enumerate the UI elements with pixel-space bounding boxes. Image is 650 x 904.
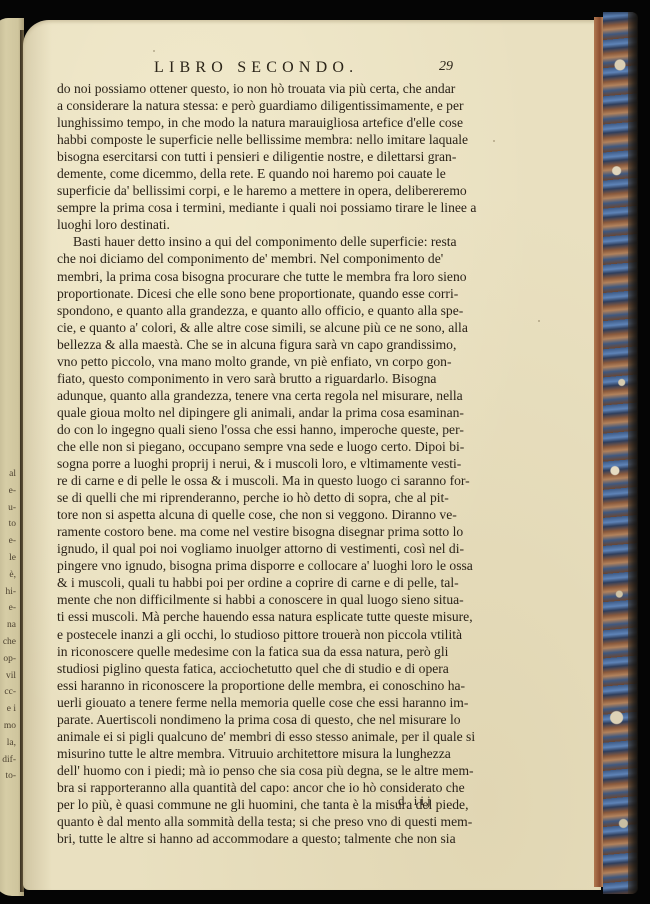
page-number: 29 xyxy=(439,59,453,75)
signature-mark: d iij xyxy=(398,793,434,809)
fragment: che xyxy=(0,634,16,651)
text-line: ignudo, il qual poi noi vogliamo inuolge… xyxy=(57,540,430,557)
text-line: superficie da' bellissimi corpi, e le ha… xyxy=(57,182,430,199)
text-line: proportionate. Dicesi che elle sono bene… xyxy=(57,285,430,302)
text-line: in riconoscere quelle medesime con la fa… xyxy=(57,643,430,660)
text-line: bellezza & alla maestà. Che se in alcuna… xyxy=(57,336,430,353)
fragment: è, xyxy=(0,567,16,584)
text-line: bisogna esercitarsi con tutti i pensieri… xyxy=(57,148,430,165)
text-line: re di carne e di pelle le ossa & i musco… xyxy=(57,472,430,489)
text-line: & i muscoli, quali tu habbi poi per ordi… xyxy=(57,574,430,591)
paragraph-1: do noi possiamo ottener questo, io non h… xyxy=(57,80,430,233)
paper-speck xyxy=(493,140,495,142)
paper-speck xyxy=(153,50,155,52)
text-line: ramente costoro bene. ma come nel vestir… xyxy=(57,523,430,540)
fragment: u- xyxy=(0,500,16,517)
text-line: bri, tutte le altre si hanno ad accommod… xyxy=(57,830,430,847)
paper-speck xyxy=(538,320,540,322)
fragment: vil xyxy=(0,668,16,685)
fragment: la, xyxy=(0,735,16,752)
text-line: do con lo ingegno quali sieno l'ossa che… xyxy=(57,421,430,438)
text-line: uerli giouato a tenere ferme nella memor… xyxy=(57,694,430,711)
text-line: pingere vno ignudo, bisogna prima dispor… xyxy=(57,557,430,574)
text-line: per lo più, è quasi commune ne gli huomi… xyxy=(57,796,430,813)
text-line: animale ei si pigli qualcuno de' membri … xyxy=(57,728,430,745)
text-line: do noi possiamo ottener questo, io non h… xyxy=(57,80,430,97)
text-line: spondono, e quanto alla grandezza, e qua… xyxy=(57,302,430,319)
fragment: dif- xyxy=(0,752,16,769)
text-line: che noi diciamo del componimento de' mem… xyxy=(57,250,430,267)
text-line: a considerare la natura stessa: e però g… xyxy=(57,97,430,114)
fragment: al xyxy=(0,466,16,483)
text-line: sogna porre a luoghi proprij i nerui, & … xyxy=(57,455,430,472)
text-line: vno petto piccolo, vna mano molto grande… xyxy=(57,353,430,370)
fragment: e i xyxy=(0,701,16,718)
text-line: mente che non difficilmente si habbi a c… xyxy=(57,591,430,608)
text-line: se di quelli che mi riprenderanno, perch… xyxy=(57,489,430,506)
text-line: luoghi loro destinati. xyxy=(57,216,430,233)
fragment: to- xyxy=(0,768,16,785)
text-line: che elle non si piegano, occupano sempre… xyxy=(57,438,430,455)
body-text: do noi possiamo ottener questo, io non h… xyxy=(57,80,430,847)
book-scan: al e- u- to e- le è, hi- e- na che op- v… xyxy=(0,0,650,904)
fragment: mo xyxy=(0,718,16,735)
text-line: Basti hauer detto insino a qui del compo… xyxy=(57,233,430,250)
text-line: ti essi muscoli. Mà perche hauendo essa … xyxy=(57,608,430,625)
running-head-title: LIBRO SECONDO. xyxy=(154,59,358,77)
text-line: lunghissimo tempo, in che modo la natura… xyxy=(57,114,430,131)
text-line: parate. Auertiscoli nondimeno la prima c… xyxy=(57,711,430,728)
fragment: cc- xyxy=(0,684,16,701)
fragment: e- xyxy=(0,483,16,500)
text-line: bra si rapporteranno alla quantità del c… xyxy=(57,779,430,796)
fragment: e- xyxy=(0,533,16,550)
fragment: e- xyxy=(0,600,16,617)
running-head: LIBRO SECONDO. 29 xyxy=(154,59,574,81)
fragment: le xyxy=(0,550,16,567)
fragment: to xyxy=(0,516,16,533)
fragment: hi- xyxy=(0,584,16,601)
text-line: quanto è dal mento alla sommità della te… xyxy=(57,813,430,830)
facing-page-text-fragments: al e- u- to e- le è, hi- e- na che op- v… xyxy=(0,466,18,785)
cover-rim xyxy=(628,12,638,894)
text-line: adunque, quanto alla grandezza, tenere v… xyxy=(57,387,430,404)
fragment: na xyxy=(0,617,16,634)
text-line: studiosi piglino questa fatica, accioche… xyxy=(57,660,430,677)
text-line: dell' huomo con i piedi; mà io penso che… xyxy=(57,762,430,779)
text-line: tore non si aspetta alcuna di quelle cos… xyxy=(57,506,430,523)
paragraph-2: Basti hauer detto insino a qui del compo… xyxy=(57,233,430,847)
text-line: misurino tutte le altre membra. Vitruuio… xyxy=(57,745,430,762)
text-line: demente, come dicemmo, della rete. E qua… xyxy=(57,165,430,182)
text-line: sempre la prima cosa i termini, mediante… xyxy=(57,199,430,216)
text-line: habbi composte le superficie nelle belli… xyxy=(57,131,430,148)
text-line: e postecele inanzi a gli occhi, lo studi… xyxy=(57,626,430,643)
text-line: fiato, questo componimento in vero sarà … xyxy=(57,370,430,387)
text-line: essi haranno in riconoscere la proportio… xyxy=(57,677,430,694)
text-line: membri, la prima cosa bisogna procurare … xyxy=(57,268,430,285)
text-line: cie, e quanto a' colori, & alle altre co… xyxy=(57,319,430,336)
fragment: op- xyxy=(0,651,16,668)
text-line: quale gioua molto nel dipingere gli anim… xyxy=(57,404,430,421)
